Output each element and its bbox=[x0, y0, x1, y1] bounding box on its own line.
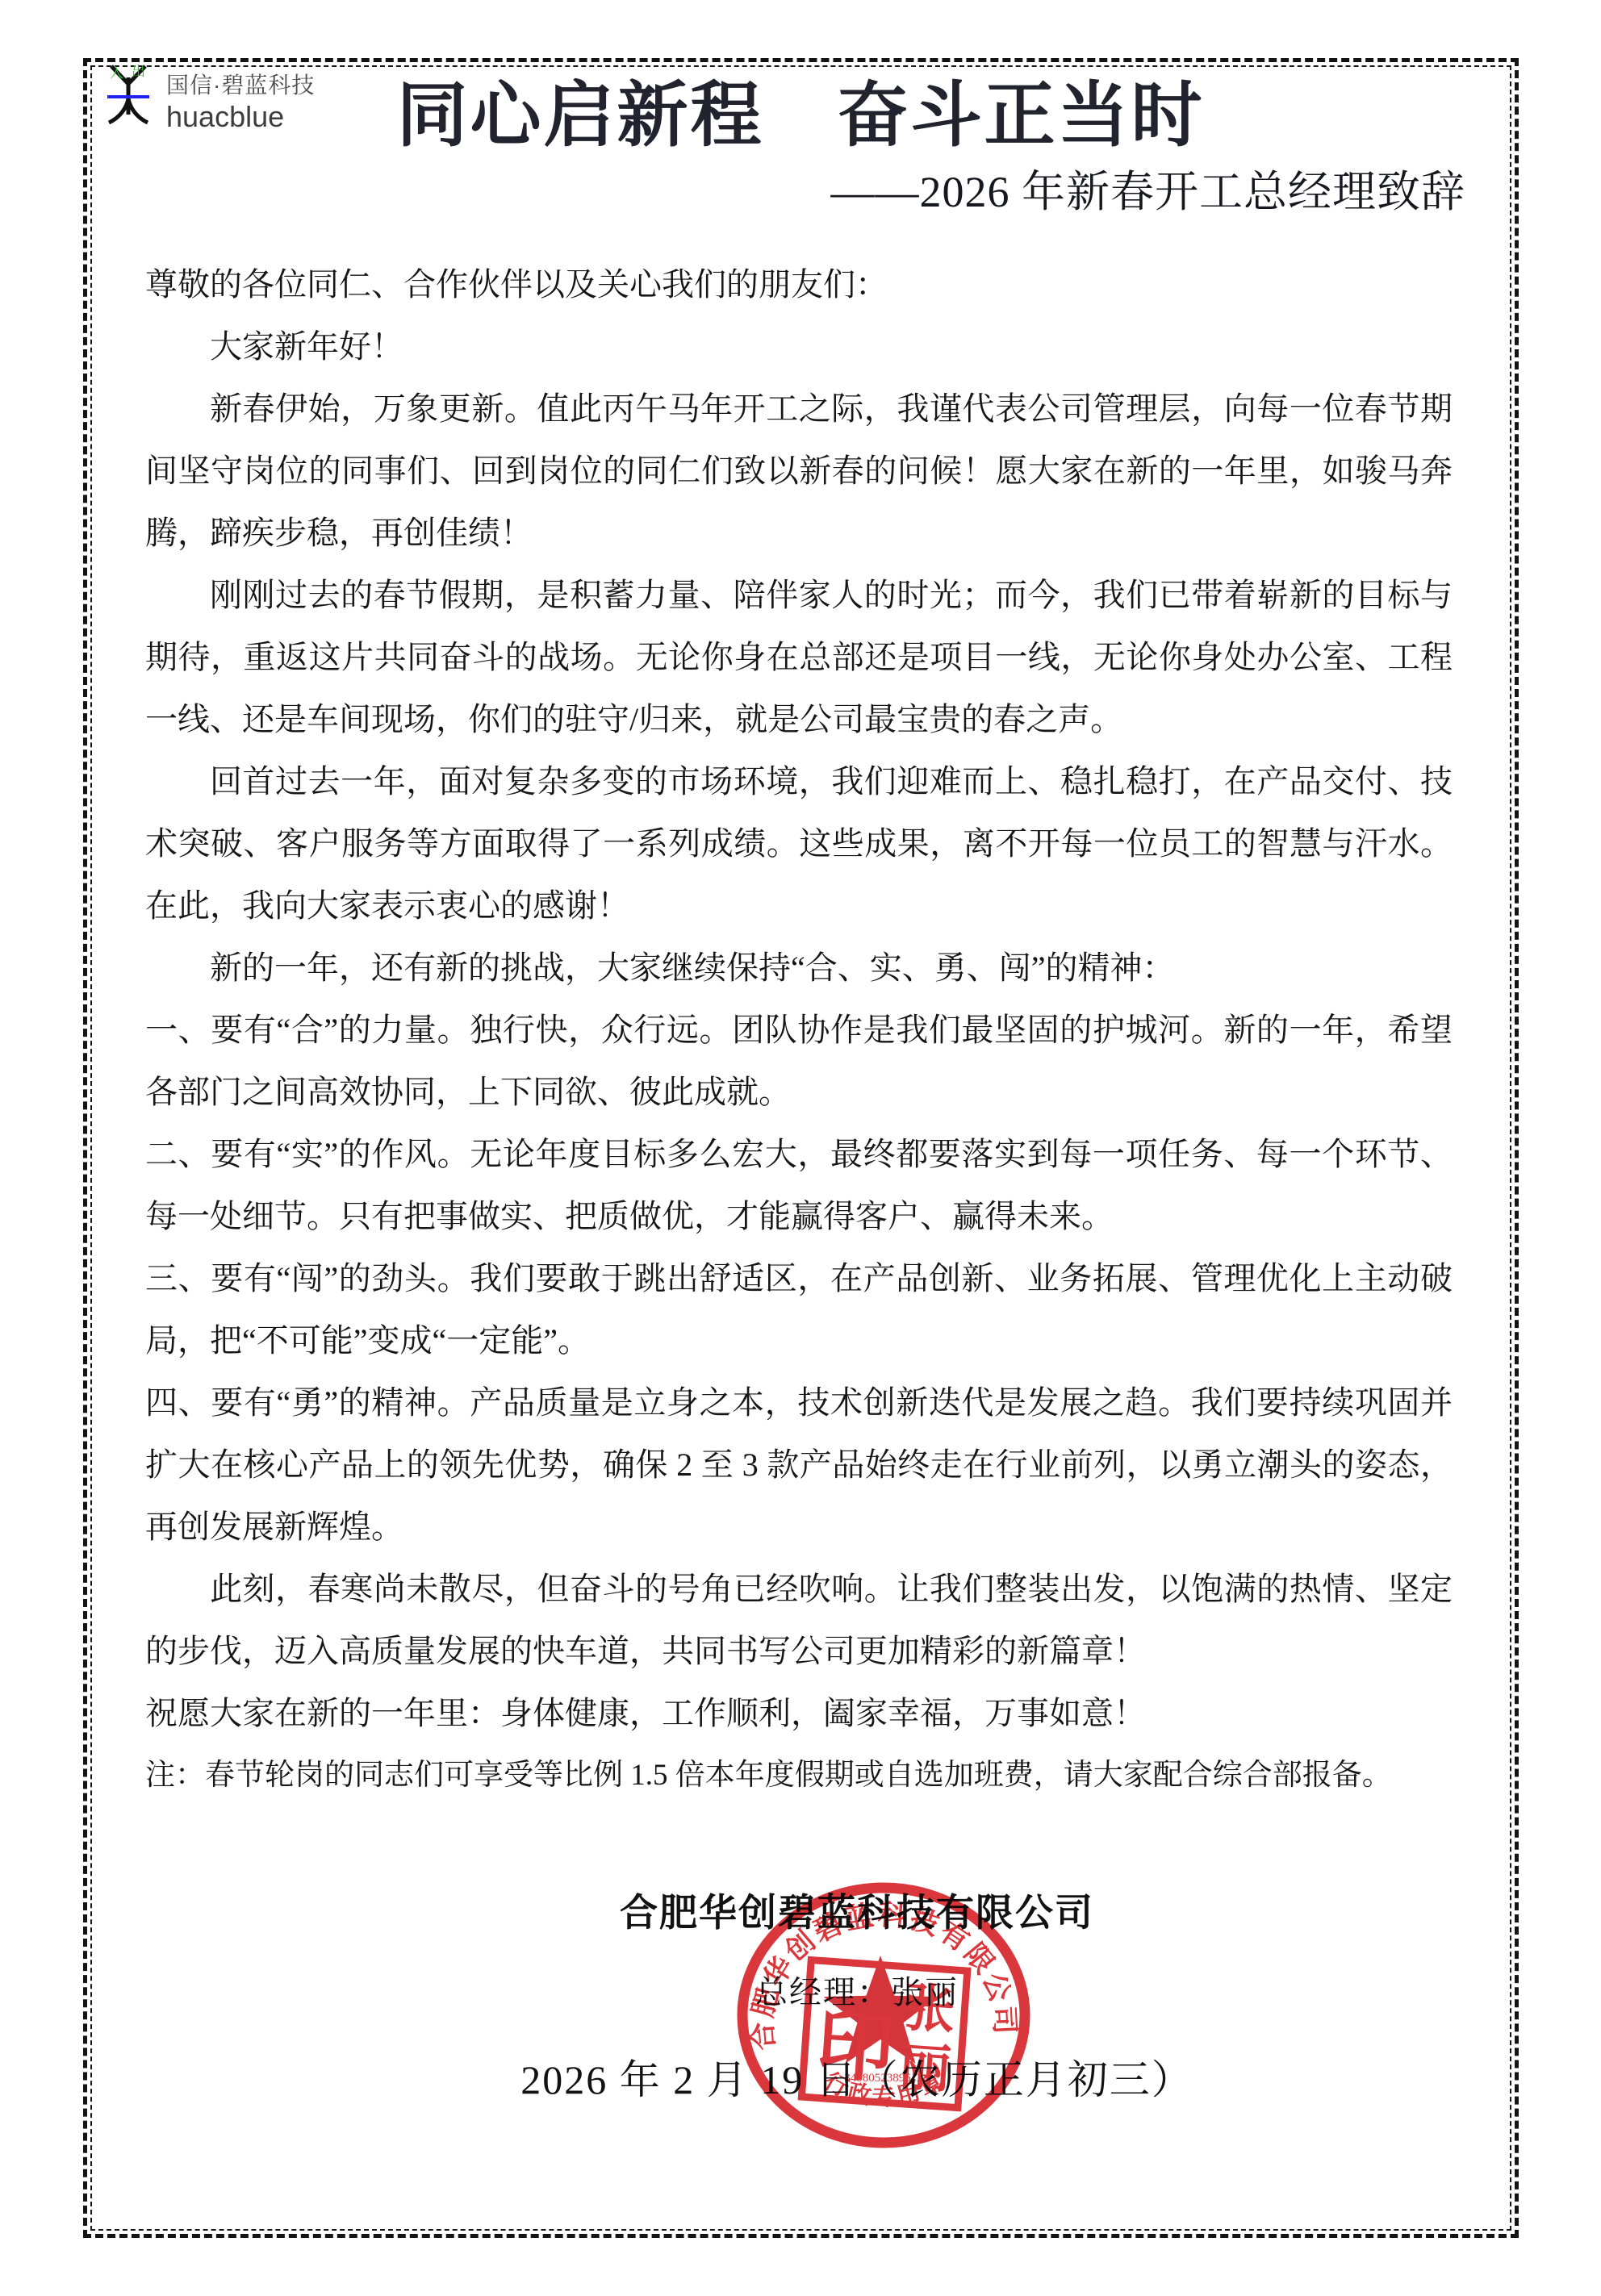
closing-company-name: 合肥华创碧蓝科技有限公司 bbox=[56, 1890, 1601, 1938]
paragraph: 新的一年，还有新的挑战，大家继续保持“合、实、勇、闯”的精神： bbox=[145, 937, 1453, 999]
footnote: 注：春节轮岗的同志们可享受等比例 1.5 倍本年度假期或自选加班费，请大家配合综… bbox=[145, 1744, 1453, 1806]
paragraph: 刚刚过去的春节假期，是积蓄力量、陪伴家人的时光；而今，我们已带着崭新的目标与期待… bbox=[145, 564, 1453, 750]
paragraph: 回首过去一年，面对复杂多变的市场环境，我们迎难而上、稳扎稳打，在产品交付、技术突… bbox=[145, 750, 1453, 937]
logo-text: 国信·碧蓝科技 huacblue bbox=[166, 65, 315, 131]
paragraph: 新春伊始，万象更新。值此丙午马年开工之际，我谨代表公司管理层，向每一位春节期间坚… bbox=[145, 378, 1453, 564]
page-subtitle: ——2026 年新春开工总经理致辞 bbox=[0, 165, 1601, 220]
logo-tree-icon: 入 出 bbox=[102, 65, 155, 132]
greeting: 大家新年好！ bbox=[145, 315, 1453, 378]
salutation: 尊敬的各位同仁、合作伙伴以及关心我们的朋友们： bbox=[145, 253, 1453, 315]
logo-blue-bar bbox=[107, 95, 149, 98]
closing-signature: 总经理：张丽 bbox=[56, 1972, 1601, 2014]
logo-green-glyph-left: 入 bbox=[110, 65, 123, 81]
logo-green-glyph-right: 出 bbox=[132, 65, 145, 79]
logo-brand-en: huacblue bbox=[166, 102, 315, 131]
logo-brand-cn: 国信·碧蓝科技 bbox=[166, 74, 315, 97]
company-logo: 入 出 国信·碧蓝科技 huacblue bbox=[102, 65, 315, 132]
paragraphs: 新春伊始，万象更新。值此丙午马年开工之际，我谨代表公司管理层，向每一位春节期间坚… bbox=[145, 378, 1453, 1744]
paragraph: 祝愿大家在新的一年里：身体健康，工作顺利，阖家幸福，万事如意！ bbox=[145, 1682, 1453, 1744]
closing-date: 2026 年 2 月 19 日（农历正月初三） bbox=[56, 2054, 1601, 2106]
letter-body: 尊敬的各位同仁、合作伙伴以及关心我们的朋友们： 大家新年好！ 新春伊始，万象更新… bbox=[145, 253, 1453, 1806]
paragraph: 三、要有“闯”的劲头。我们要敢于跳出舒适区，在产品创新、业务拓展、管理优化上主动… bbox=[145, 1247, 1453, 1371]
paragraph: 此刻，春寒尚未散尽，但奋斗的号角已经吹响。让我们整装出发，以饱满的热情、坚定的步… bbox=[145, 1558, 1453, 1682]
closing-block: 合肥华创碧蓝科技有限公司 总经理：张丽 2026 年 2 月 19 日（农历正月… bbox=[56, 1890, 1601, 2106]
paragraph: 二、要有“实”的作风。无论年度目标多么宏大，最终都要落实到每一项任务、每一个环节… bbox=[145, 1123, 1453, 1247]
paragraph: 四、要有“勇”的精神。产品质量是立身之本，技术创新迭代是发展之趋。我们要持续巩固… bbox=[145, 1371, 1453, 1558]
paragraph: 一、要有“合”的力量。独行快，众行远。团队协作是我们最坚固的护城河。新的一年，希… bbox=[145, 999, 1453, 1123]
document-page: 入 出 国信·碧蓝科技 huacblue 同心启新程 奋斗正当时 ——2026 … bbox=[0, 0, 1601, 2296]
